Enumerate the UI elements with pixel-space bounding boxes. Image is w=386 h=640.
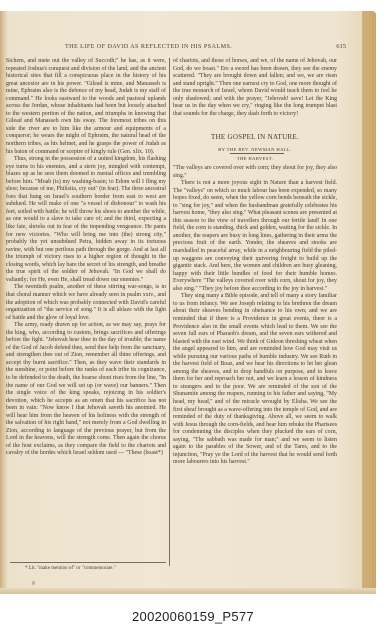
left-paragraph: Sichem, and mete out the valley of Succo… bbox=[6, 58, 166, 156]
right-continuation: of chariots, and those of horses, and we… bbox=[173, 58, 337, 118]
column-divider bbox=[169, 58, 170, 566]
page-edge-right bbox=[362, 11, 376, 594]
image-caption: 20020060159_P577 bbox=[0, 609, 386, 624]
section-divider bbox=[230, 153, 284, 154]
left-paragraph: Thus, strong in the possession of a unit… bbox=[6, 156, 166, 284]
page-edge-bottom bbox=[0, 588, 376, 594]
right-paragraph: There is not a more joyous sight in Natu… bbox=[173, 180, 337, 293]
article-title: THE GOSPEL IN NATURE. bbox=[173, 134, 337, 142]
subhead: THE HARVEST. bbox=[173, 155, 337, 163]
epigraph: "The valleys are covered over with corn;… bbox=[173, 165, 337, 180]
left-paragraph: The twentieth psalm, another of these st… bbox=[6, 284, 166, 322]
running-head: THE LIFE OF DAVID AS REFLECTED IN HIS PS… bbox=[65, 43, 345, 50]
right-column: of chariots, and those of horses, and we… bbox=[173, 58, 337, 467]
footnote: * Lit. "make mention of" or "commemorate… bbox=[25, 566, 116, 571]
left-paragraph: The army, ready drawn up for action, as … bbox=[6, 322, 166, 458]
footnote-divider bbox=[10, 562, 166, 563]
left-column: Sichem, and mete out the valley of Succo… bbox=[6, 58, 166, 458]
page-number: 615 bbox=[336, 43, 346, 50]
right-paragraph: They sing many a Bible episode, and tell… bbox=[173, 293, 337, 467]
paper-stain bbox=[32, 581, 35, 585]
